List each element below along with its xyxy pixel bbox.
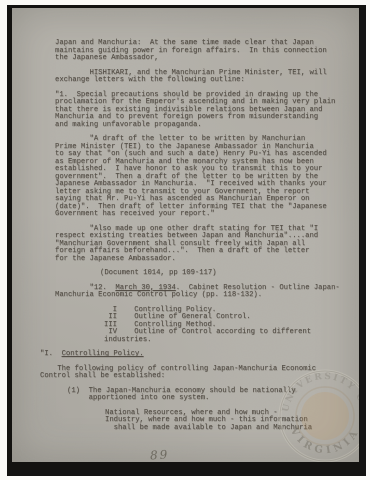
para-following-policy: The following policy of controlling Japa… [40,366,341,381]
roman-list: I Controlling Policy. II Outline of Gene… [104,307,341,345]
document-page: Japan and Manchuria: At the same time ma… [12,8,359,462]
para-japan-manchuria: Japan and Manchuria: At the same time ma… [55,40,341,63]
para-outline-1: "1. Special precautions should be provid… [55,92,341,130]
doc-ref: (Document 1014, pp 109-117) [100,270,341,278]
para-draft-letter: "A draft of the letter to be written by … [55,136,341,219]
item-1: (1) The Japan-Manchuria economy should b… [67,388,341,403]
heading-controlling-policy: "I. Controlling Policy. [40,351,341,359]
document-text: Japan and Manchuria: At the same time ma… [12,8,359,439]
para-cabinet-resolution: "12. March 30, 1934. Cabinet Resolution … [55,285,341,300]
note-resources: National Resources, where and how much -… [105,410,341,433]
para-hishikari: HISHIKARI, and the Manchurian Prime Mini… [55,70,341,85]
para-other-draft: "Also made up one other draft stating fo… [55,226,341,264]
page-number-handwritten: 89 [150,448,170,462]
